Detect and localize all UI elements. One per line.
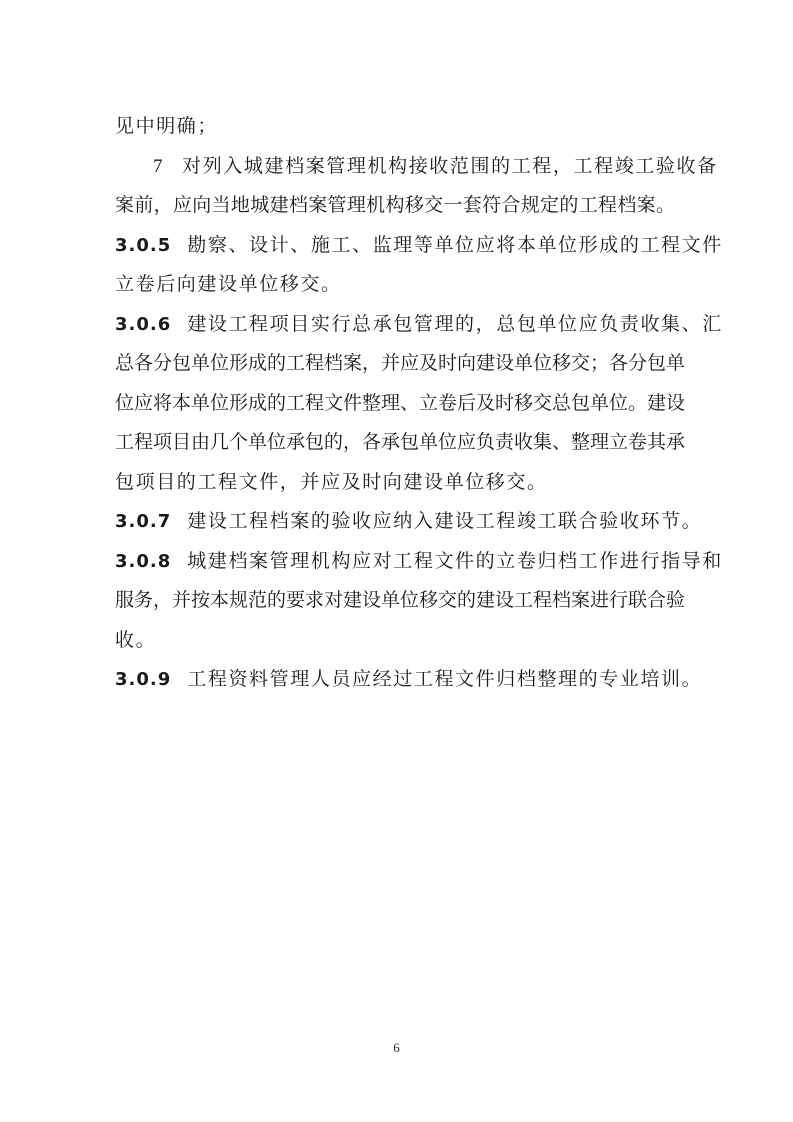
- clause-3-0-9: 3.0.9工程资料管理人员应经过工程文件归档整理的专业培训。: [115, 660, 675, 700]
- text-line: 见中明确；: [115, 107, 675, 147]
- clause-3-0-7: 3.0.7建设工程档案的验收应纳入建设工程竣工联合验收环节。: [115, 502, 675, 542]
- line-text: 建设工程档案的验收应纳入建设工程竣工联合验收环节。: [187, 510, 702, 532]
- line-text: 总各分包单位形成的工程档案，并应及时向建设单位移交；各分包单: [115, 352, 685, 374]
- clause-number: 3.0.8: [115, 551, 171, 572]
- line-text: 工程项目由几个单位承包的，各承包单位应负责收集、整理立卷其承: [115, 431, 685, 453]
- document-body: 见中明确； 7对列入城建档案管理机构接收范围的工程，工程竣工验收备 案前，应向当…: [115, 107, 675, 700]
- line-text: 城建档案管理机构应对工程文件的立卷归档工作进行指导和: [187, 550, 723, 572]
- text-line: 总各分包单位形成的工程档案，并应及时向建设单位移交；各分包单: [115, 344, 675, 384]
- document-page: 见中明确； 7对列入城建档案管理机构接收范围的工程，工程竣工验收备 案前，应向当…: [0, 0, 793, 1122]
- text-line: 服务，并按本规范的要求对建设单位移交的建设工程档案进行联合验: [115, 581, 675, 621]
- text-line: 包项目的工程文件，并应及时向建设单位移交。: [115, 463, 675, 503]
- line-text: 建设工程项目实行总承包管理的，总包单位应负责收集、汇: [187, 313, 723, 335]
- line-text: 勘察、设计、施工、监理等单位应将本单位形成的工程文件: [187, 234, 723, 256]
- line-text: 工程资料管理人员应经过工程文件归档整理的专业培训。: [187, 668, 702, 690]
- page-number: 6: [0, 1040, 793, 1056]
- line-text: 收。: [115, 629, 156, 651]
- clause-number: 3.0.5: [115, 235, 171, 256]
- line-text: 对列入城建档案管理机构接收范围的工程，工程竣工验收备: [182, 155, 718, 177]
- line-text: 服务，并按本规范的要求对建设单位移交的建设工程档案进行联合验: [115, 589, 685, 611]
- line-text: 位应将本单位形成的工程文件整理、立卷后及时移交总包单位。建设: [115, 392, 685, 414]
- clause-number: 3.0.7: [115, 511, 171, 532]
- line-text: 立卷后向建设单位移交。: [115, 273, 342, 295]
- text-line: 收。: [115, 621, 675, 661]
- line-text: 见中明确；: [115, 115, 218, 137]
- line-text: 包项目的工程文件，并应及时向建设单位移交。: [115, 471, 548, 493]
- clause-3-0-5: 3.0.5勘察、设计、施工、监理等单位应将本单位形成的工程文件: [115, 226, 675, 266]
- item-number: 7: [153, 156, 164, 177]
- text-line: 工程项目由几个单位承包的，各承包单位应负责收集、整理立卷其承: [115, 423, 675, 463]
- clause-3-0-8: 3.0.8城建档案管理机构应对工程文件的立卷归档工作进行指导和: [115, 542, 675, 582]
- text-line: 位应将本单位形成的工程文件整理、立卷后及时移交总包单位。建设: [115, 384, 675, 424]
- clause-number: 3.0.6: [115, 314, 171, 335]
- list-item-7: 7对列入城建档案管理机构接收范围的工程，工程竣工验收备: [115, 147, 675, 187]
- line-text: 案前，应向当地城建档案管理机构移交一套符合规定的工程档案。: [115, 194, 675, 216]
- clause-number: 3.0.9: [115, 669, 171, 690]
- clause-3-0-6: 3.0.6建设工程项目实行总承包管理的，总包单位应负责收集、汇: [115, 305, 675, 345]
- text-line: 立卷后向建设单位移交。: [115, 265, 675, 305]
- text-line: 案前，应向当地城建档案管理机构移交一套符合规定的工程档案。: [115, 186, 675, 226]
